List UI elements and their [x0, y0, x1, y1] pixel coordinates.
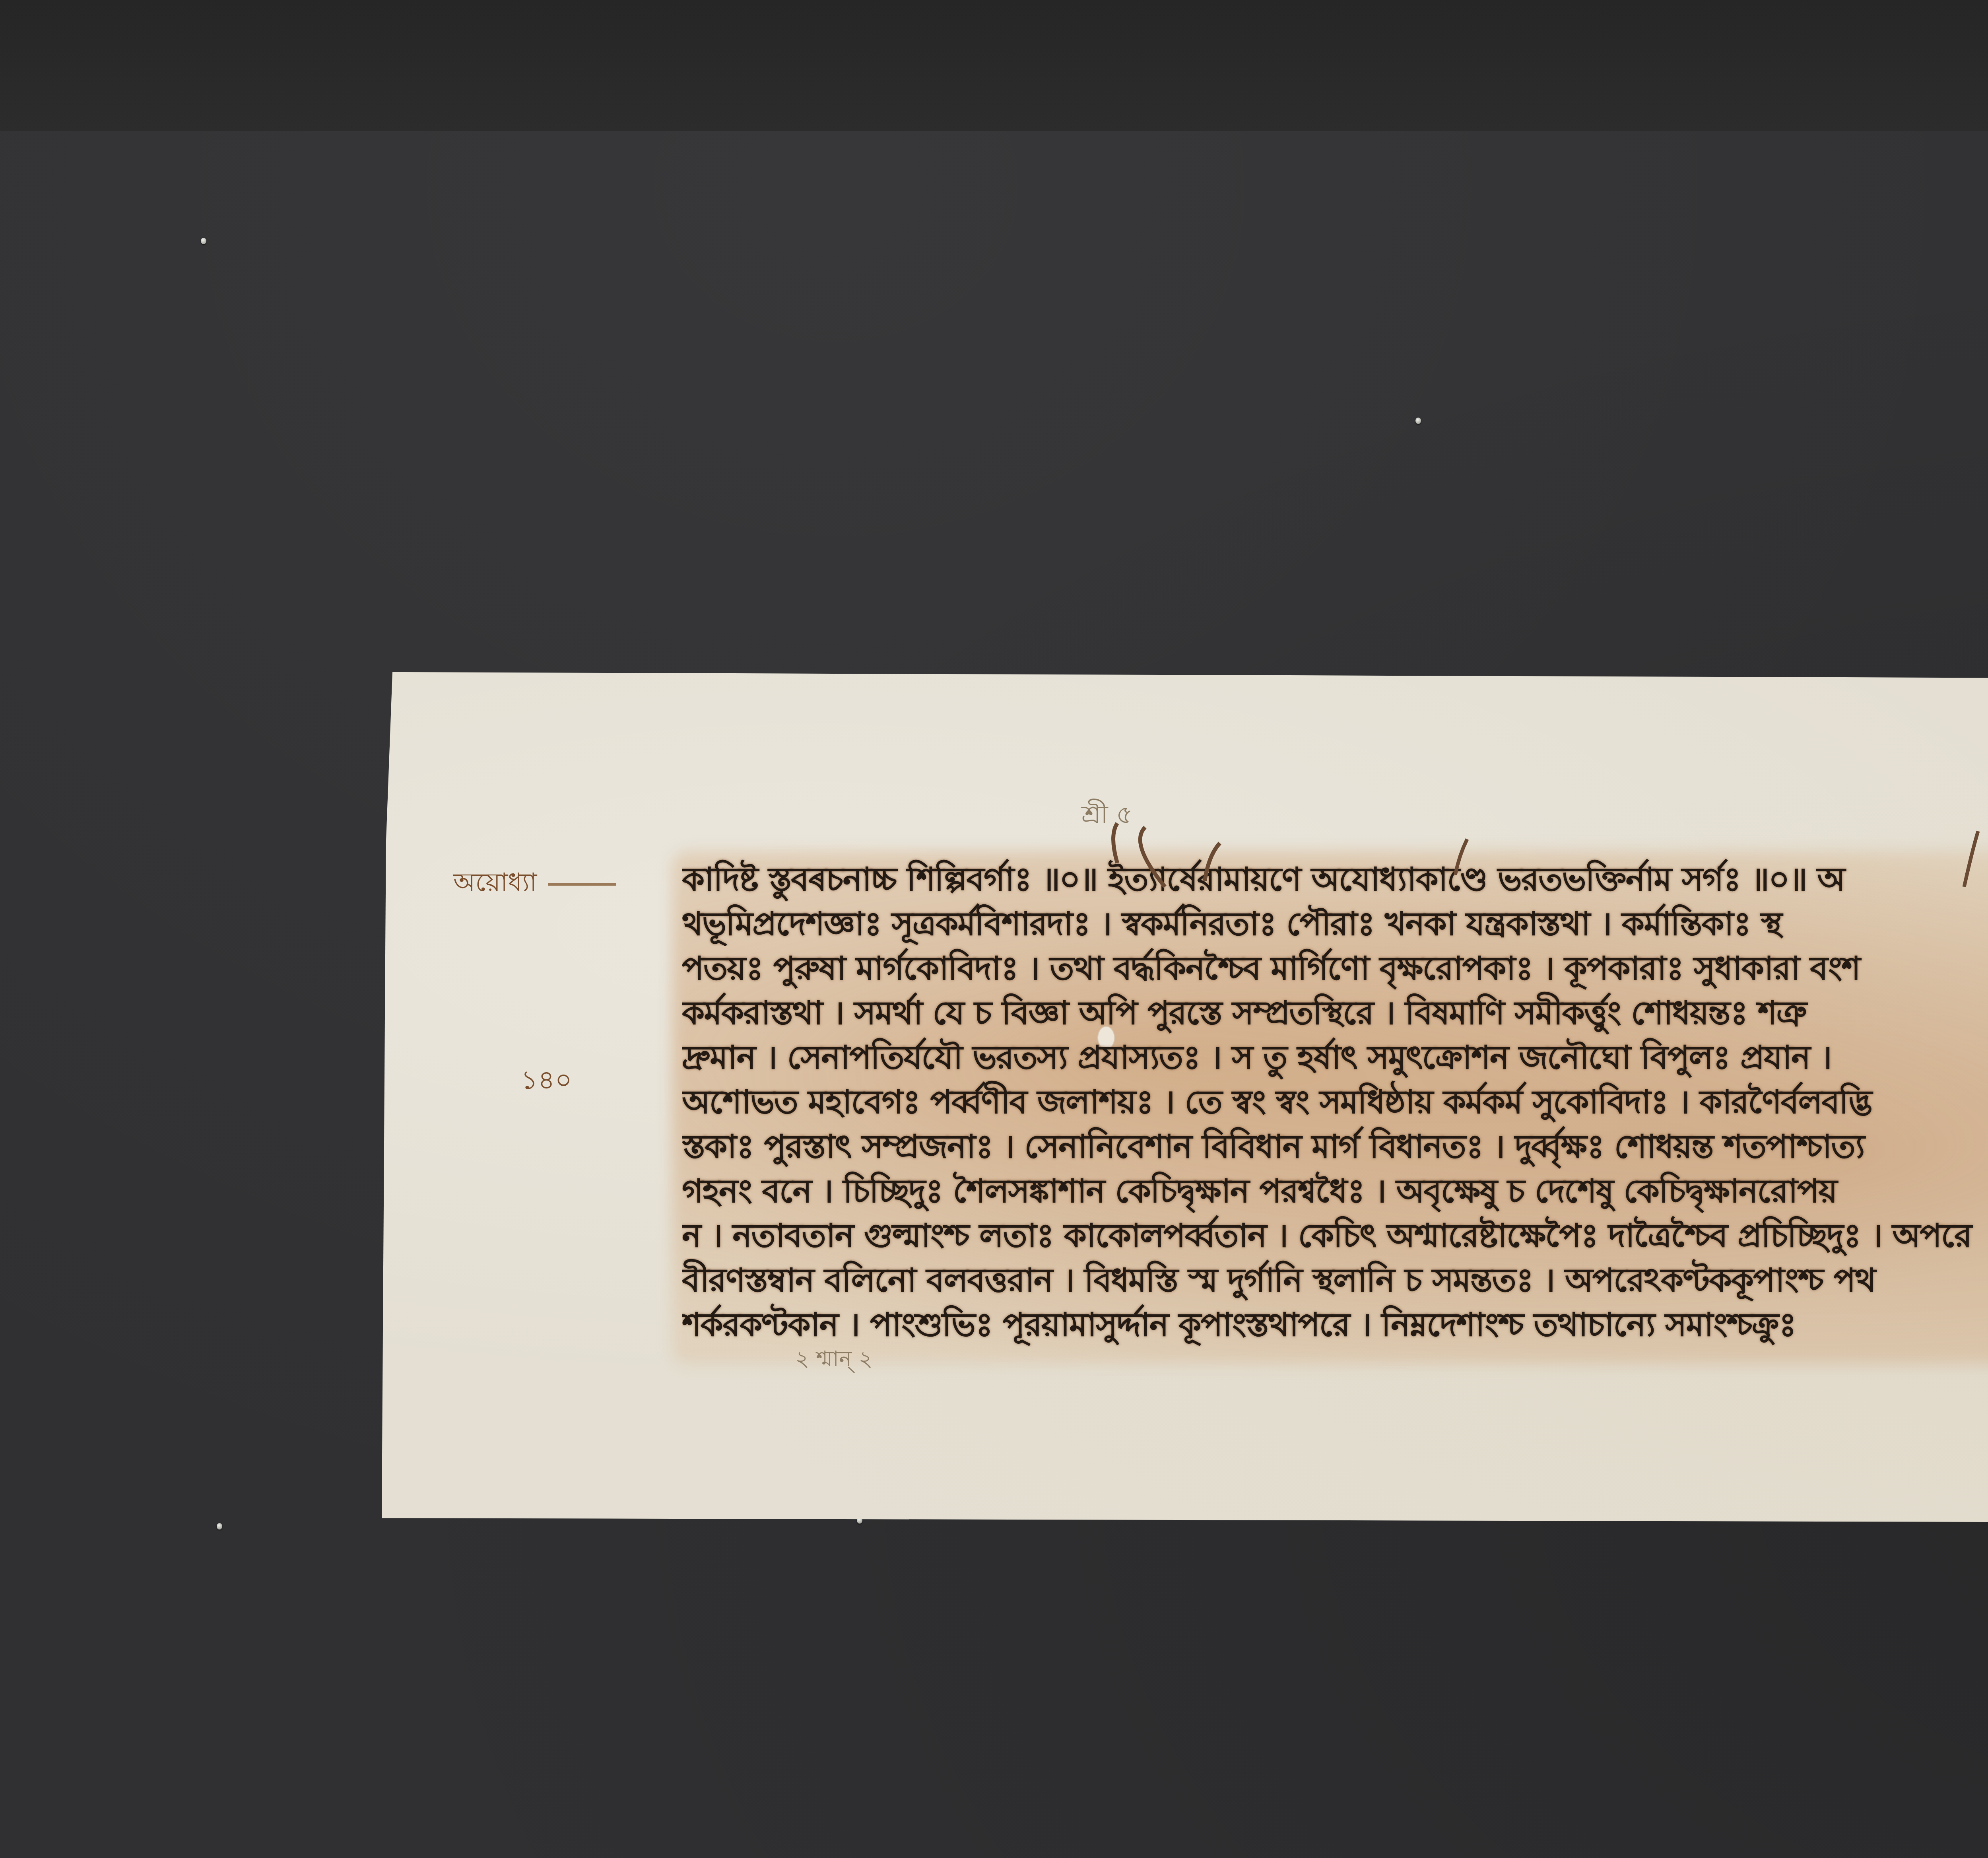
- ascender-strokes: [0, 0, 1988, 1858]
